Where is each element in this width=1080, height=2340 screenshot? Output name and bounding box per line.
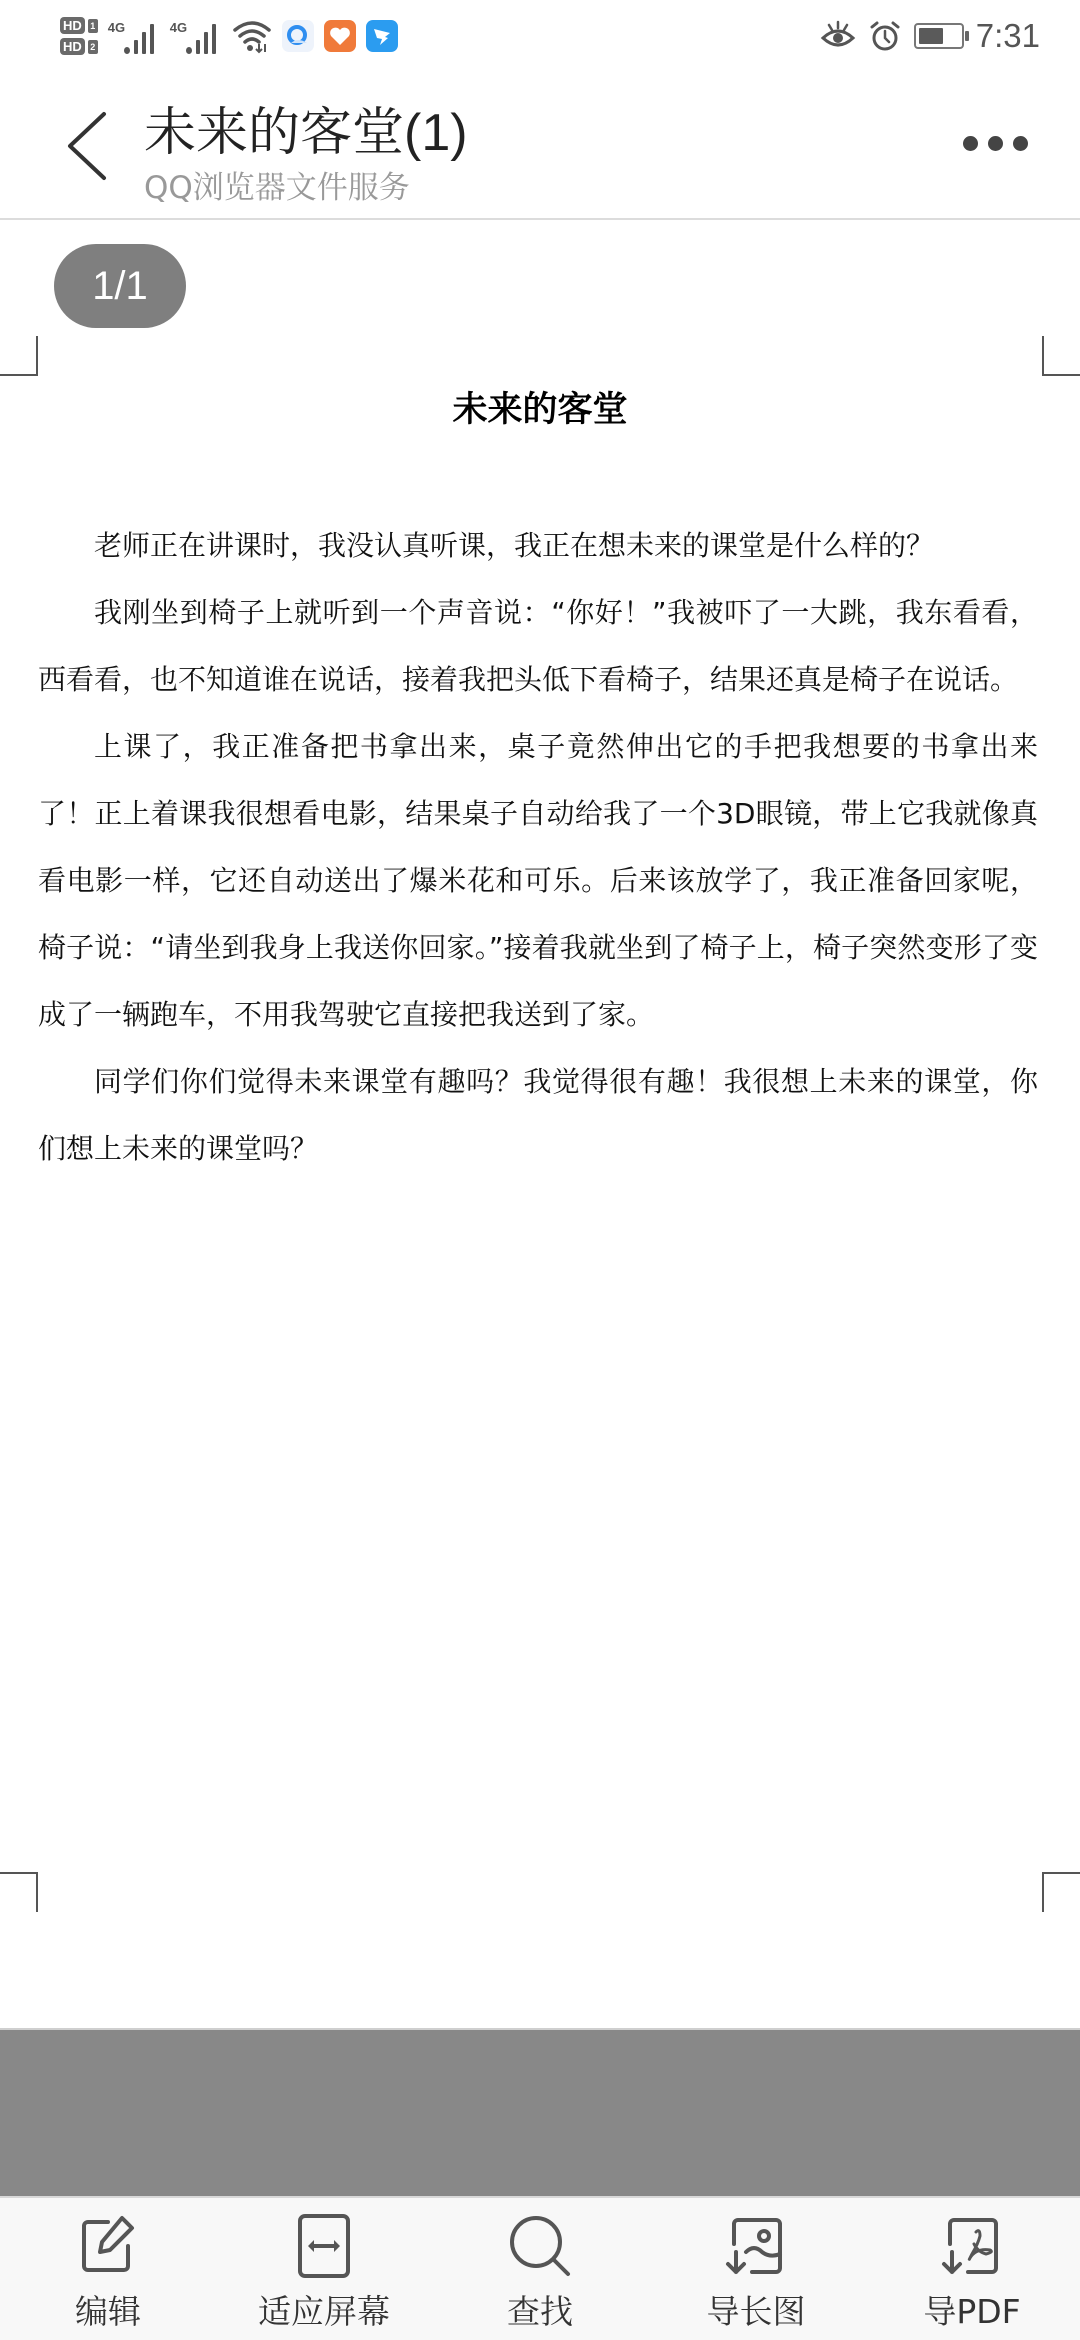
export-pdf-icon (936, 2210, 1008, 2282)
page-corner-mark (1042, 1872, 1080, 1912)
edit-label: 编辑 (75, 2286, 141, 2333)
search-label: 查找 (507, 2286, 573, 2333)
service-subtitle: QQ浏览器文件服务 (144, 162, 410, 207)
fit-screen-icon (288, 2210, 360, 2282)
export-long-image-label: 导长图 (707, 2286, 806, 2333)
page-corner-mark (0, 336, 38, 376)
sim-slot-number: 1 (88, 19, 98, 33)
bottom-toolbar: 编辑 适应屏幕 查找 导长图 导PDF (0, 2196, 1080, 2340)
clock: 7:31 (976, 17, 1040, 55)
hd-badge: HD (60, 38, 85, 55)
sim-slot-number: 2 (88, 40, 98, 54)
more-options-button[interactable] (963, 136, 1028, 151)
wifi-icon (232, 16, 272, 56)
page-corner-mark (1042, 336, 1080, 376)
paragraph: 同学们你们觉得未来课堂有趣吗？我觉得很有趣！我很想上未来的课堂，你们想上未来的课… (38, 1048, 1038, 1182)
chevron-left-icon (60, 104, 120, 184)
dingtalk-icon (366, 20, 398, 52)
qq-browser-icon (282, 20, 314, 52)
export-pdf-label: 导PDF (923, 2286, 1020, 2333)
volte-sim1: HD 1 (60, 17, 98, 34)
signal-sim2-icon: 4G (170, 16, 222, 56)
network-type: 4G (108, 20, 125, 35)
paragraph: 我刚坐到椅子上就听到一个声音说：“你好！”我被吓了一大跳，我东看看，西看看，也不… (38, 579, 1038, 713)
document-title: 未来的客堂(1) (144, 90, 468, 165)
edit-icon (72, 2210, 144, 2282)
health-icon (324, 20, 356, 52)
paragraph: 老师正在讲课时，我没认真听课，我正在想未来的课堂是什么样的？ (38, 512, 1038, 579)
volte-indicators: HD 1 HD 2 (60, 17, 98, 55)
status-bar-left: HD 1 HD 2 4G 4G (60, 8, 398, 64)
essay-body: 老师正在讲课时，我没认真听课，我正在想未来的课堂是什么样的？ 我刚坐到椅子上就听… (38, 512, 1038, 1182)
document-viewer[interactable]: 1/1 未来的客堂 老师正在讲课时，我没认真听课，我正在想未来的课堂是什么样的？… (0, 222, 1080, 2028)
page-corner-mark (0, 1872, 38, 1912)
fit-screen-label: 适应屏幕 (258, 2286, 390, 2333)
essay-title: 未来的客堂 (0, 382, 1080, 432)
search-icon (504, 2210, 576, 2282)
battery-icon (914, 23, 964, 49)
hd-badge: HD (60, 17, 85, 34)
back-button[interactable] (60, 104, 120, 184)
export-pdf-button[interactable]: 导PDF (864, 2198, 1080, 2340)
alarm-icon (868, 19, 902, 53)
title-bar: 未来的客堂(1) QQ浏览器文件服务 (0, 74, 1080, 220)
status-bar: HD 1 HD 2 4G 4G (0, 0, 1080, 74)
export-long-image-button[interactable]: 导长图 (648, 2198, 864, 2340)
more-horizontal-icon (963, 136, 978, 151)
network-type: 4G (170, 20, 187, 35)
volte-sim2: HD 2 (60, 38, 98, 55)
export-long-image-icon (720, 2210, 792, 2282)
edit-button[interactable]: 编辑 (0, 2198, 216, 2340)
fit-screen-button[interactable]: 适应屏幕 (216, 2198, 432, 2340)
viewer-background (0, 2028, 1080, 2196)
status-bar-right: 7:31 (820, 8, 1040, 64)
signal-sim1-icon: 4G (108, 16, 160, 56)
search-button[interactable]: 查找 (432, 2198, 648, 2340)
paragraph: 上课了，我正准备把书拿出来，桌子竟然伸出它的手把我想要的书拿出来了！正上着课我很… (38, 713, 1038, 1048)
eye-comfort-icon (820, 20, 856, 52)
page-indicator: 1/1 (54, 244, 186, 328)
